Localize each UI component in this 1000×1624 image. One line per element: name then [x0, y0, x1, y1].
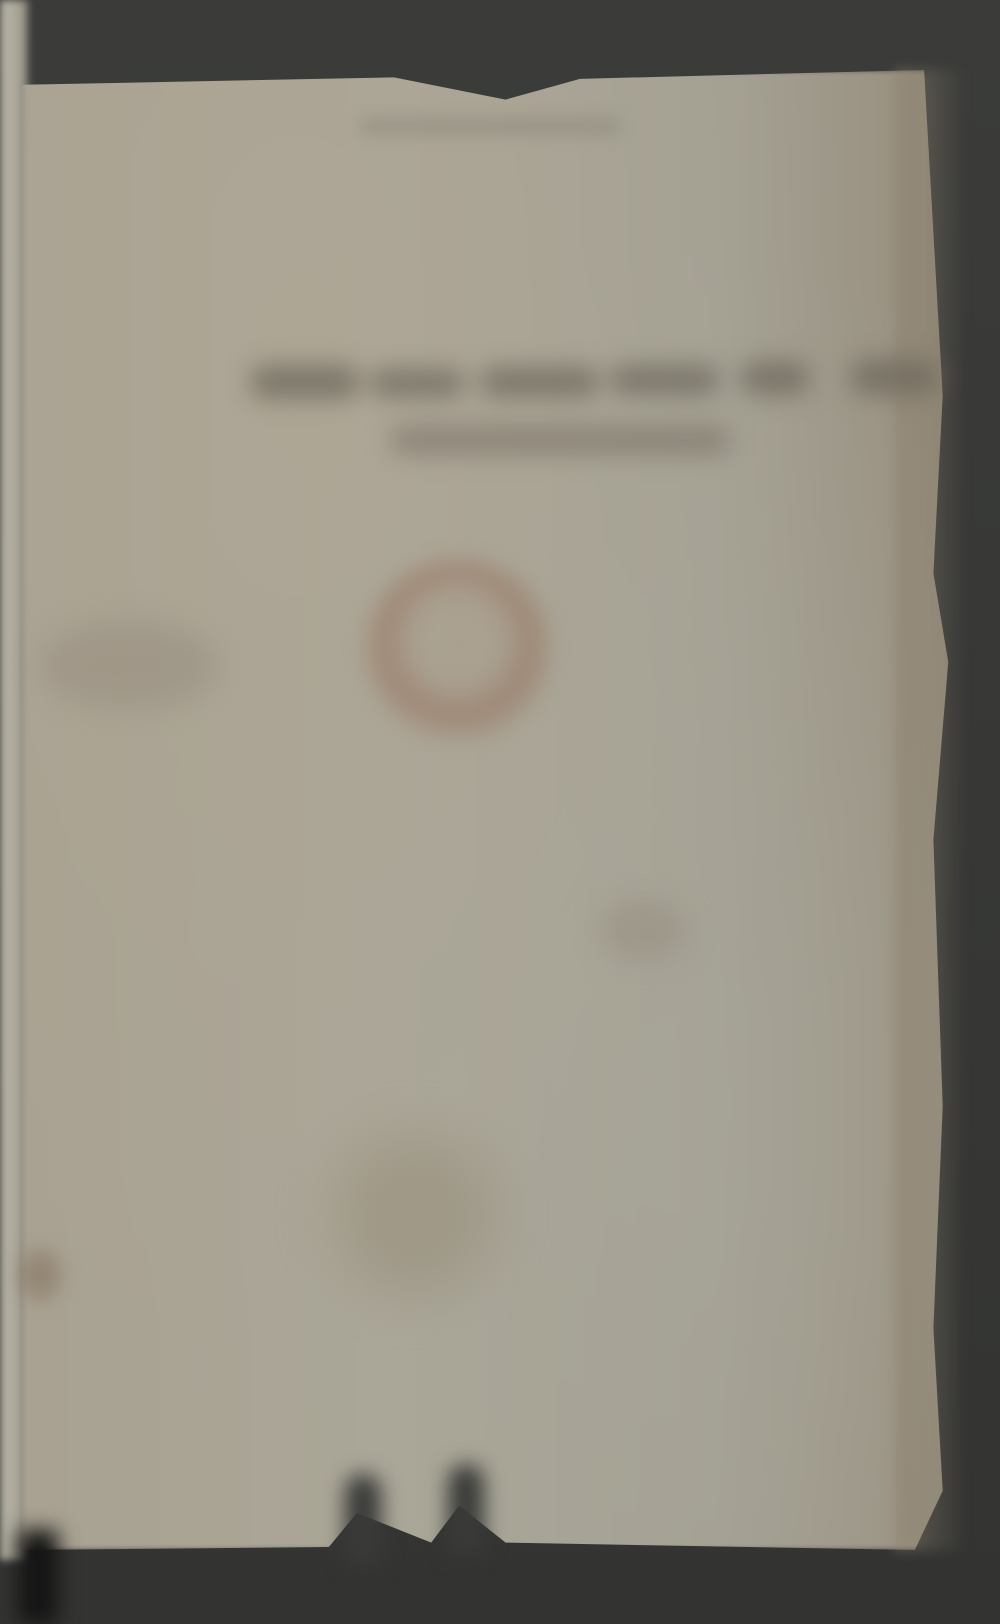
handwritten-title-line [250, 345, 940, 405]
binding-clip-left [345, 1474, 381, 1564]
faded-circular-mark: faded circular mark [300, 1110, 530, 1320]
page-smudge [600, 900, 690, 960]
page-edge-shadow [895, 70, 965, 1550]
dark-corner [18, 1530, 58, 1624]
paper-stain [20, 1250, 60, 1300]
margin-smudge [40, 620, 220, 710]
binding-clip-right [448, 1464, 484, 1554]
header-text-line [360, 118, 620, 134]
document-page [22, 70, 952, 1550]
red-stamp-seal: circular stamp [365, 560, 550, 740]
handwritten-subtitle-line [390, 425, 730, 455]
